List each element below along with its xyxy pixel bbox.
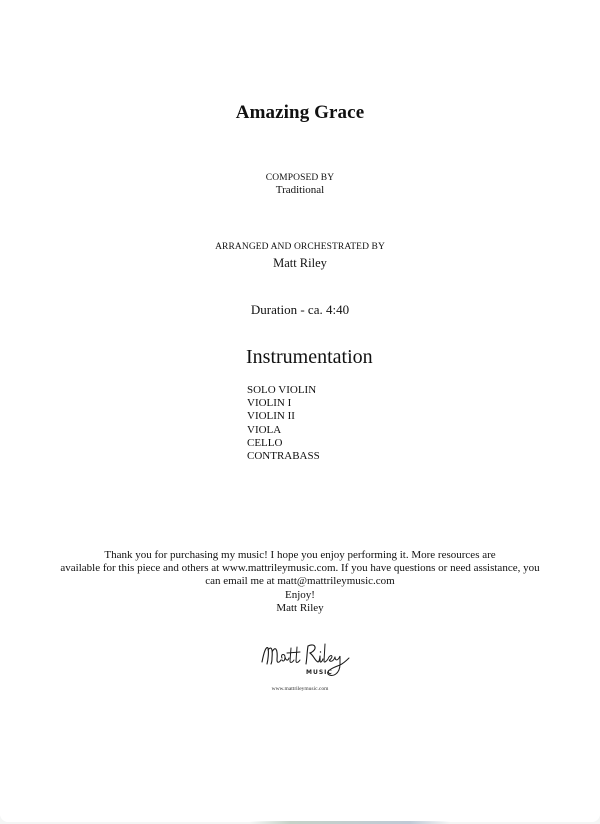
instrument-item: CELLO xyxy=(247,437,320,450)
instrument-item: CONTRABASS xyxy=(247,450,320,463)
website-url[interactable]: www.mattrileymusic.com xyxy=(0,686,600,692)
piece-title: Amazing Grace xyxy=(0,102,600,124)
instrument-list: SOLO VIOLIN VIOLIN I VIOLIN II VIOLA CEL… xyxy=(247,384,320,463)
arranger-name: Matt Riley xyxy=(0,256,600,271)
note-line: Enjoy! xyxy=(0,589,600,602)
score-cover-page: Amazing Grace COMPOSED BY Traditional AR… xyxy=(0,0,600,822)
note-line: Thank you for purchasing my music! I hop… xyxy=(0,549,600,562)
instrument-item: SOLO VIOLIN xyxy=(247,384,320,397)
instrument-item: VIOLIN II xyxy=(247,410,320,423)
duration: Duration - ca. 4:40 xyxy=(0,302,600,318)
instrumentation-heading: Instrumentation xyxy=(246,346,373,369)
instrument-item: VIOLA xyxy=(247,424,320,437)
svg-text:MUSIC: MUSIC xyxy=(306,669,333,676)
arranged-by-label: ARRANGED AND ORCHESTRATED BY xyxy=(0,242,600,252)
note-line: can email me at matt@mattrileymusic.com xyxy=(0,575,600,588)
composed-by-label: COMPOSED BY xyxy=(0,173,600,183)
composer-name: Traditional xyxy=(0,184,600,196)
instrument-item: VIOLIN I xyxy=(247,397,320,410)
signature-logo-icon: MUSIC xyxy=(258,638,354,682)
note-line: Matt Riley xyxy=(0,602,600,615)
note-line: available for this piece and others at w… xyxy=(0,562,600,575)
thank-you-note: Thank you for purchasing my music! I hop… xyxy=(0,549,600,615)
